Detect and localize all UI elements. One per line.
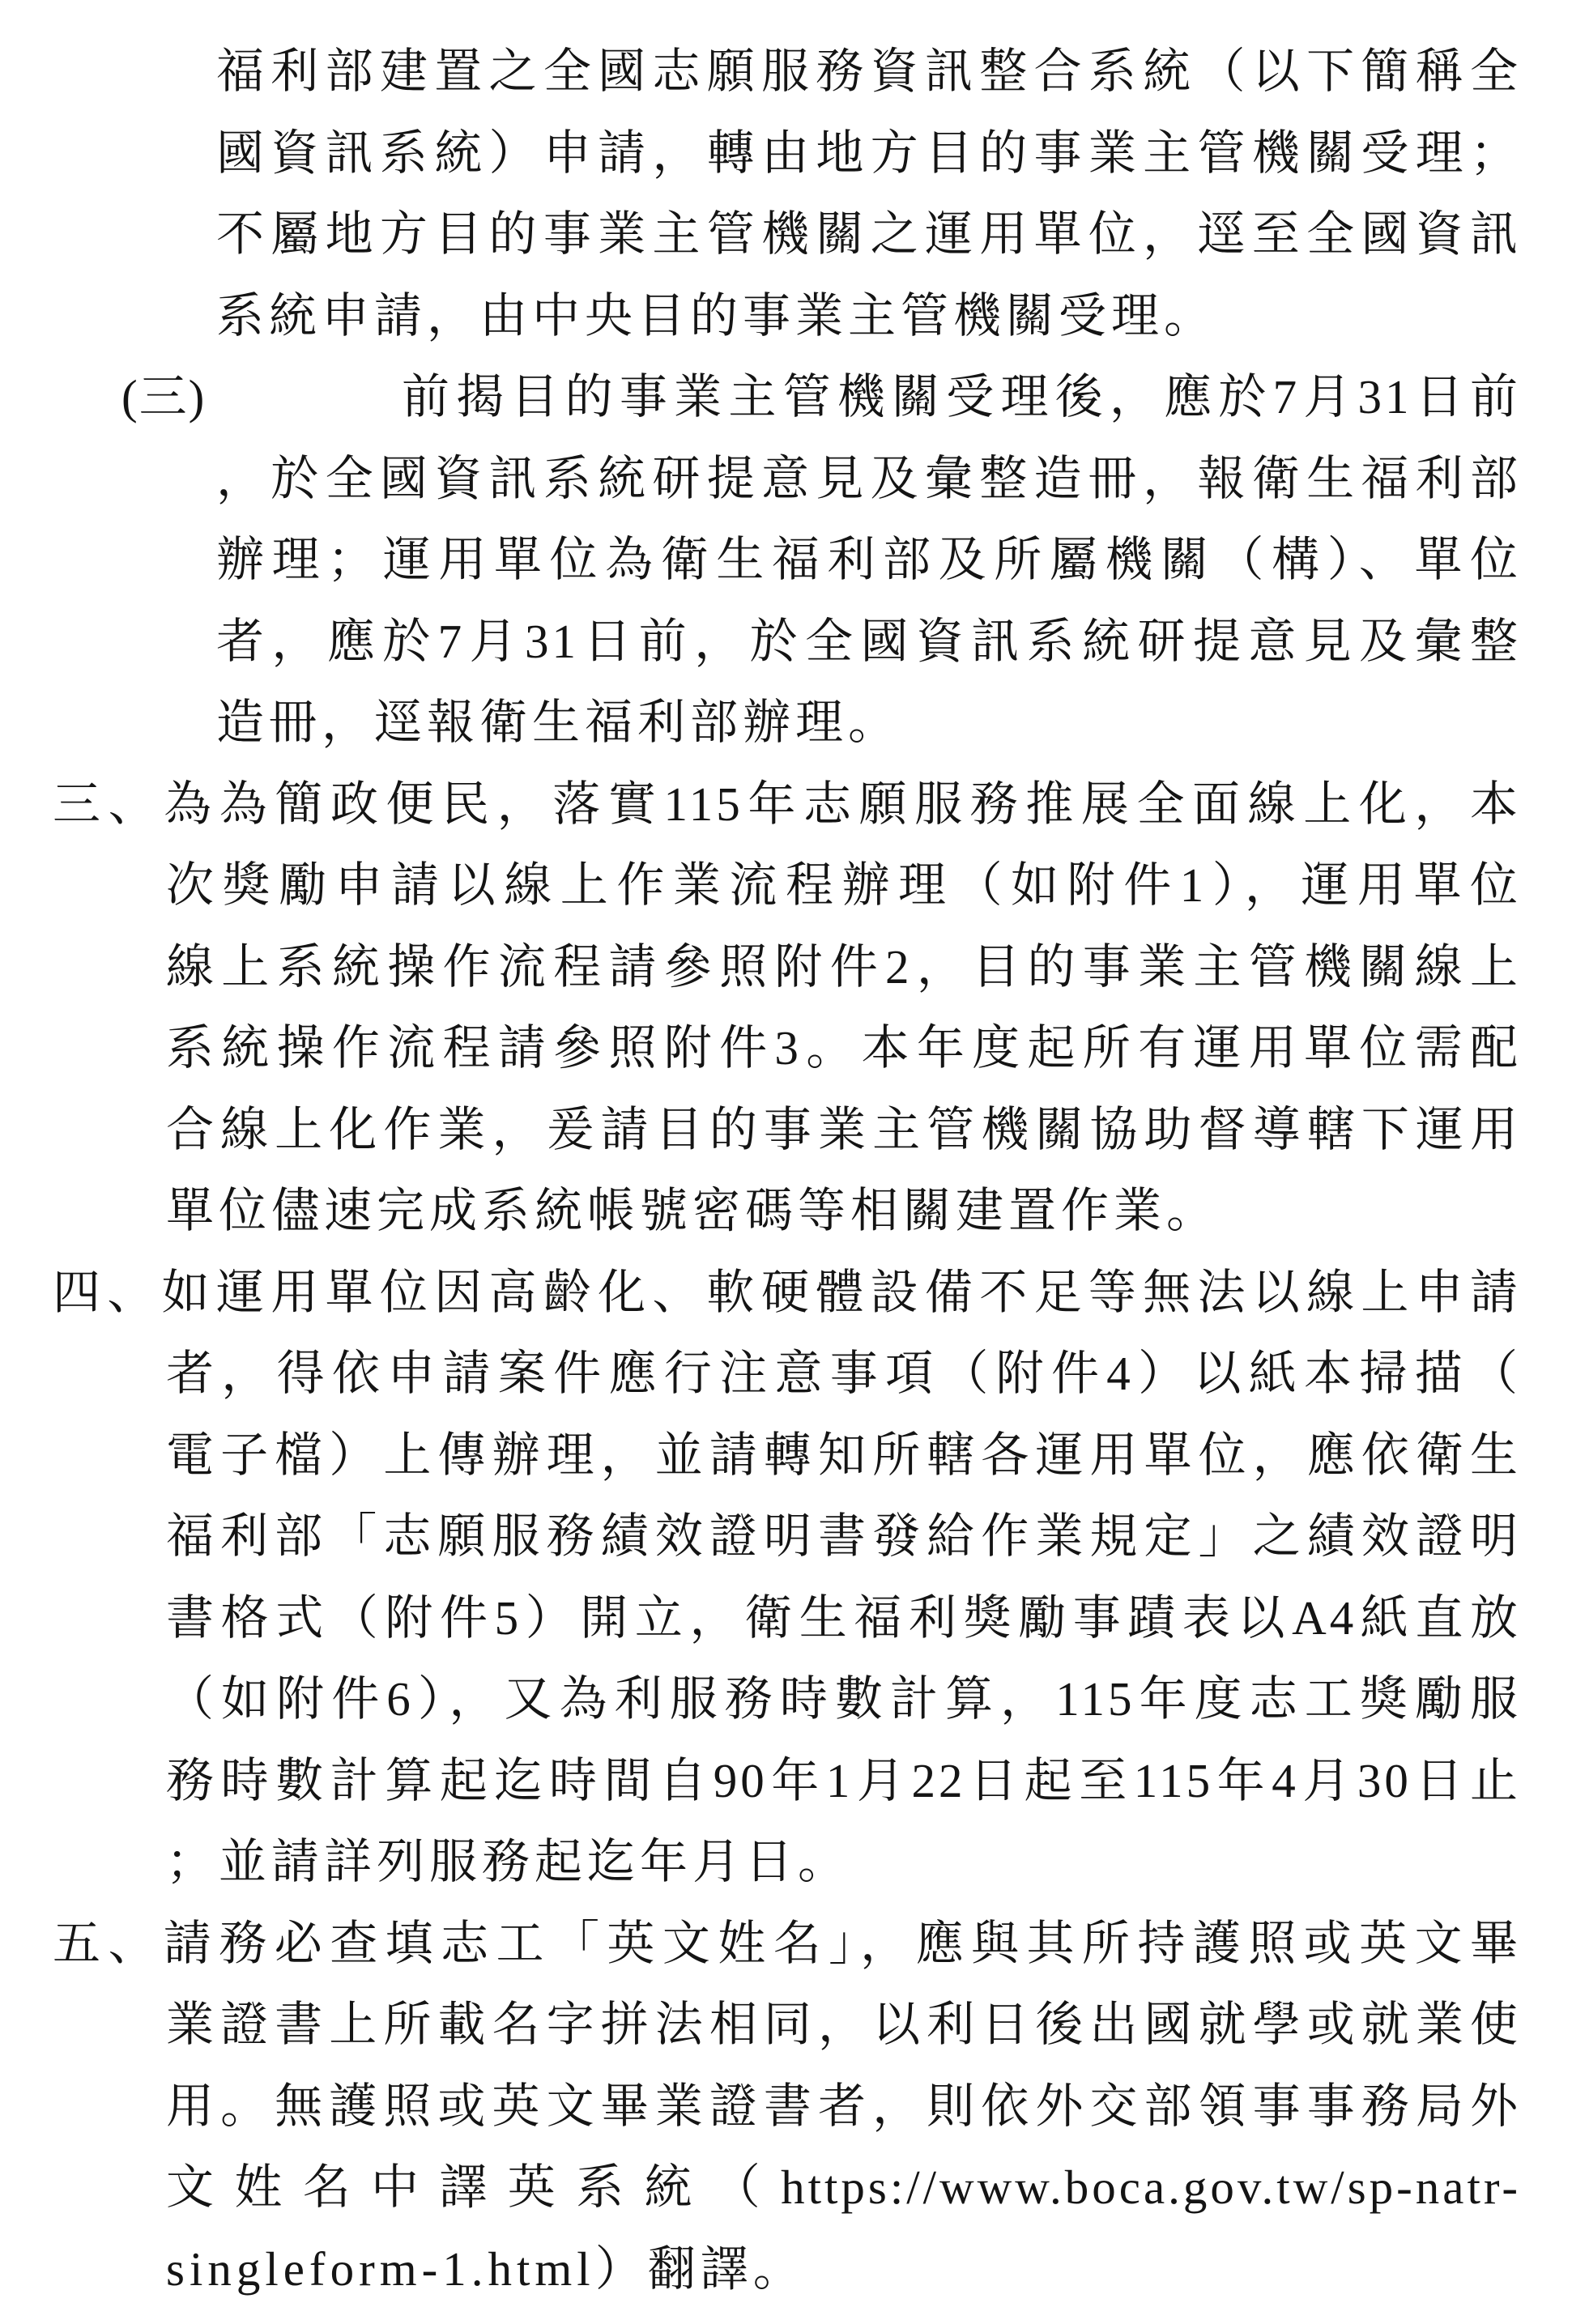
text-line: 書格式（附件5）開立，衛生福利獎勵事蹟表以A4紙直放	[166, 1577, 1521, 1659]
text-line-url: 文姓名中譯英系統（https://www.boca.gov.tw/sp-natr…	[166, 2147, 1521, 2228]
text-line: 系統操作流程請參照附件3。本年度起所有運用單位需配	[166, 1007, 1521, 1089]
text-line: 單位儘速完成系統帳號密碼等相關建置作業。	[166, 1170, 1521, 1252]
text-line: 者，應於7月31日前，於全國資訊系統研提意見及彙整	[216, 601, 1521, 683]
text-line: 務時數計算起迄時間自90年1月22日起至115年4月30日止	[166, 1740, 1521, 1822]
text-line-subitem-3: (三)前揭目的事業主管機關受理後，應於7月31日前	[402, 356, 1521, 438]
text-line-item-5: 五、請務必查填志工「英文姓名」，應與其所持護照或英文畢	[53, 1903, 1521, 1985]
text-line-url-end: singleform-1.html）翻譯。	[166, 2228, 1521, 2310]
text-line: 業證書上所載名字拼法相同，以利日後出國就學或就業使	[166, 1984, 1521, 2066]
text-line: 辦理；運用單位為衛生福利部及所屬機關（構）、單位	[216, 519, 1521, 601]
text-line: 合線上化作業，爰請目的事業主管機關協助督導轄下運用	[166, 1089, 1521, 1171]
text-line: 系統申請，由中央目的事業主管機關受理。	[216, 275, 1521, 357]
text-line: 者，得依申請案件應行注意事項（附件4）以紙本掃描（	[166, 1333, 1521, 1415]
text-line: 不屬地方目的事業主管機關之運用單位，逕至全國資訊	[216, 194, 1521, 275]
text-line: ；並請詳列服務起迄年月日。	[166, 1821, 1521, 1903]
document-page: 福利部建置之全國志願服務資訊整合系統（以下簡稱全 國資訊系統）申請，轉由地方目的…	[0, 0, 1572, 2324]
text-line: 福利部「志願服務績效證明書發給作業規定」之績效證明	[166, 1496, 1521, 1577]
text-line: 造冊，逕報衛生福利部辦理。	[216, 682, 1521, 764]
text-line-item-4: 四、如運用單位因高齡化、軟硬體設備不足等無法以線上申請	[53, 1252, 1521, 1334]
subitem-text: 前揭目的事業主管機關受理後，應於7月31日前	[402, 370, 1521, 424]
subitem-label: (三)	[121, 356, 206, 438]
text-line: 次獎勵申請以線上作業流程辦理（如附件1），運用單位	[166, 845, 1521, 926]
text-line: 線上系統操作流程請參照附件2，目的事業主管機關線上	[166, 926, 1521, 1008]
text-line: 用。無護照或英文畢業證書者，則依外交部領事事務局外	[166, 2066, 1521, 2147]
text-line: 國資訊系統）申請，轉由地方目的事業主管機關受理；	[216, 113, 1521, 194]
text-line-item-3: 三、為為簡政便民，落實115年志願服務推展全面線上化，本	[53, 764, 1521, 845]
text-line: 電子檔）上傳辦理，並請轉知所轄各運用單位，應依衛生	[166, 1415, 1521, 1496]
text-line: （如附件6），又為利服務時數計算，115年度志工獎勵服	[166, 1658, 1521, 1740]
text-line: ，於全國資訊系統研提意見及彙整造冊，報衛生福利部	[216, 438, 1521, 520]
text-line: 福利部建置之全國志願服務資訊整合系統（以下簡稱全	[216, 31, 1521, 113]
